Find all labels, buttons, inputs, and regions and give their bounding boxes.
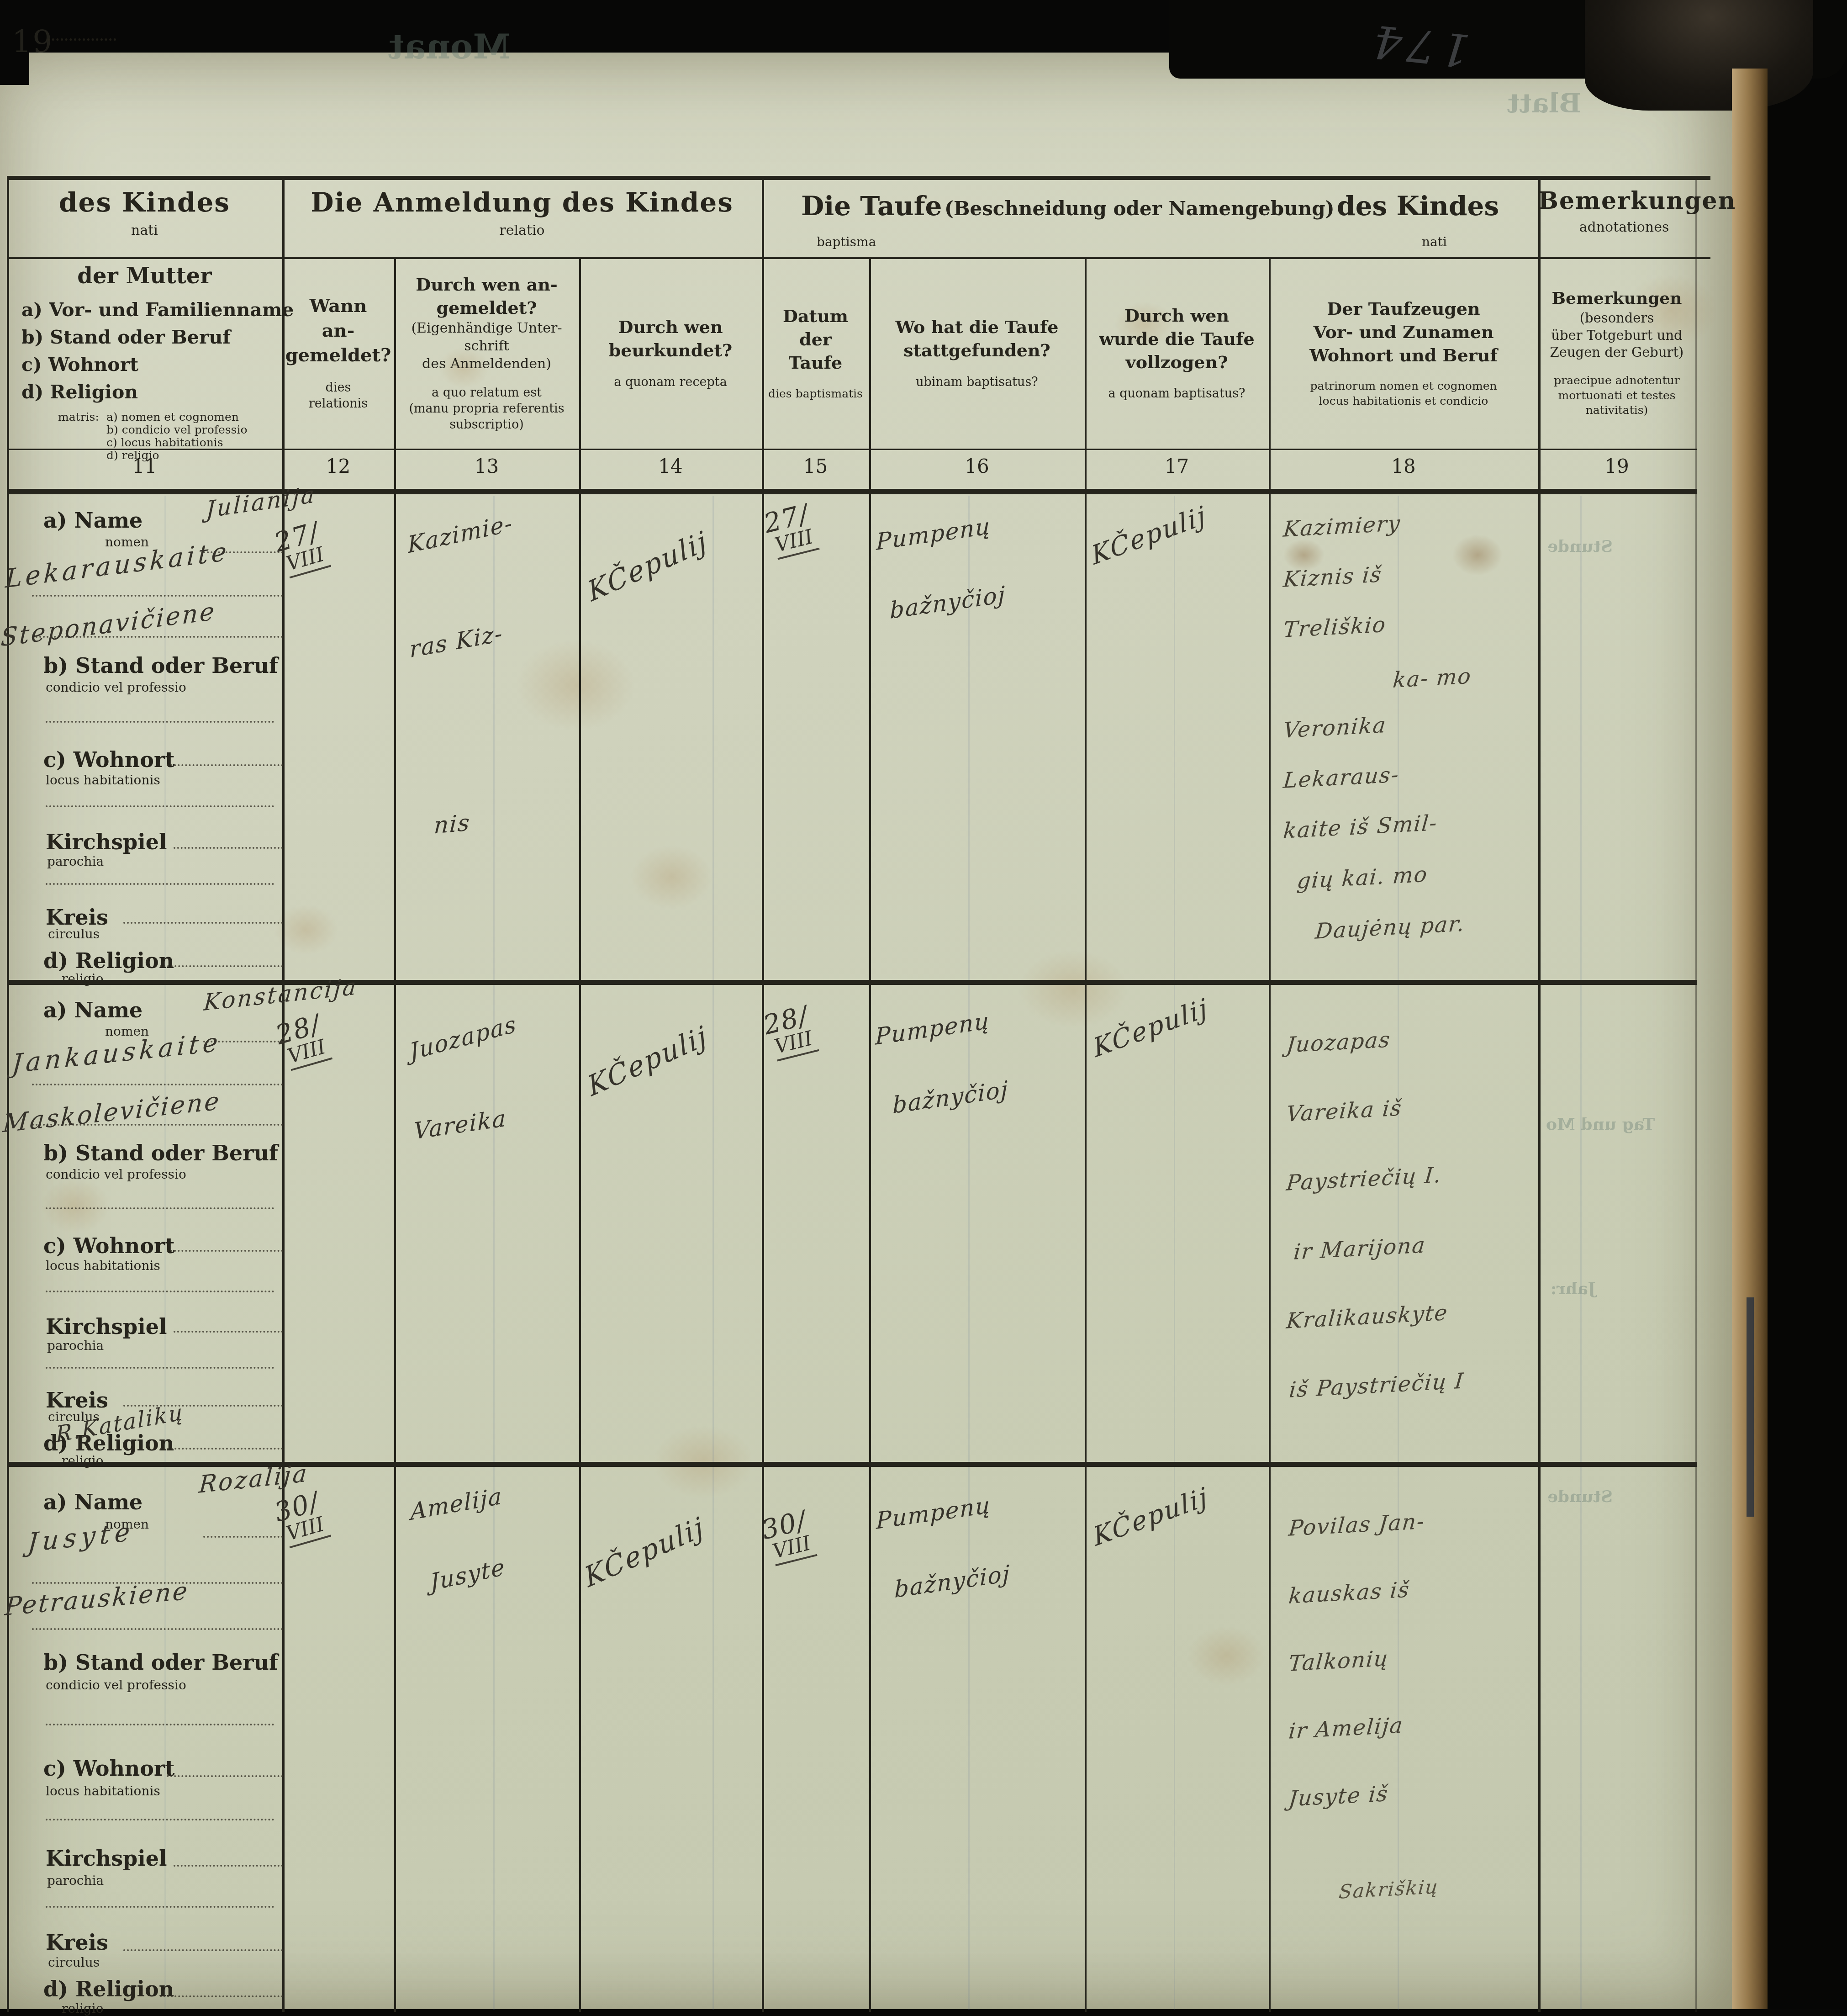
sheet-number-handwritten: 174: [1366, 14, 1472, 77]
group-header-bemerkungen: Bemerkungen adnotationes: [1538, 180, 1710, 257]
column-header-durch-wen-angemeldet: Durch wen an- gemeldet? (Eigenhändige Un…: [394, 257, 579, 449]
group-subtitle: adnotationes: [1538, 219, 1710, 235]
angemeldet-durch-handwriting: Jusyte: [429, 1553, 506, 1596]
group-title: Die Anmeldung des Kindes: [282, 187, 762, 218]
column-number-16: 16: [869, 455, 1085, 477]
baptism-register-scan: 19 174 Monat Blatt Stunde Tag und Mo Jah…: [0, 0, 1847, 2016]
book-page-edge: [1732, 69, 1768, 2016]
group-header-child: des Kindes nati: [7, 180, 282, 257]
angemeldet-durch-handwriting: Juozapas: [408, 1011, 518, 1066]
beurkundet-durch-handwriting: KČepulij: [581, 1511, 708, 1594]
angemeldet-durch-handwriting: nis: [433, 809, 471, 839]
group-title: Bemerkungen: [1538, 187, 1710, 215]
taufe-datum-handwriting: 28/ VIII: [760, 999, 819, 1063]
grid-line: [1695, 178, 1697, 2012]
book-binding-cloth: [1585, 0, 1813, 111]
column-number-15: 15: [762, 455, 869, 477]
taufe-datum-handwriting: 27/ VIII: [760, 497, 819, 561]
column-header-taufzeugen: Der Taufzeugen Vor- und Zunamen Wohnort …: [1269, 257, 1538, 449]
taufe-durch-handwriting: KČepulij: [1091, 993, 1211, 1064]
page-year-dotted-line: [47, 38, 116, 41]
column-header-durch-wen-beurkundet: Durch wen beurkundet? a quonam recepta: [579, 257, 762, 449]
column-header-datum-der-taufe: Datum der Taufe dies baptismatis: [762, 257, 869, 449]
group-subtitle-latin-left: baptisma: [817, 234, 876, 249]
column-number-12: 12: [282, 455, 394, 477]
taufe-ort-handwriting: bažnyčioj: [890, 581, 1006, 624]
column-number-17: 17: [1085, 455, 1269, 477]
taufzeugen-handwriting: Povilas Jan- kauskas iš Talkonių ir Amel…: [1286, 1495, 1435, 1926]
group-header-taufe: Die Taufe (Beschneidung oder Namengebung…: [762, 180, 1538, 257]
taufzeugen-handwriting: Kazimiery Kiznis iš Treliškio ka- mo Ver…: [1281, 505, 1469, 957]
group-subtitle: relatio: [282, 222, 762, 238]
column-number-14: 14: [579, 455, 762, 477]
group-subtitle: nati: [7, 222, 282, 238]
column-header-durch-wen-taufe: Durch wen wurde die Taufe vollzogen? a q…: [1085, 257, 1269, 449]
angemeldet-durch-handwriting: ras Kiz-: [409, 620, 504, 663]
record-row: a) Name nomen b) Stand oder Beruf condic…: [7, 1468, 1695, 2012]
taufe-ort-handwriting: bažnyčioj: [894, 1560, 1010, 1603]
column-number-13: 13: [394, 455, 579, 477]
column-header-mutter: der Mutter a) Vor- und Familienname b) S…: [7, 257, 282, 449]
angemeldet-durch-handwriting: Vareika: [414, 1105, 507, 1144]
grid-line: [7, 449, 1697, 450]
taufe-ort-handwriting: Pumpenų: [876, 1492, 991, 1534]
record-row: a) Name nomen b) Stand oder Beruf condic…: [7, 986, 1695, 1462]
column-number-19: 19: [1538, 455, 1695, 477]
group-title: Die Taufe (Beschneidung oder Namengebung…: [762, 190, 1538, 222]
column-header-wo-taufe: Wo hat die Taufe stattgefunden? ubinam b…: [869, 257, 1085, 449]
record-row: a) Name nomen b) Stand oder Beruf condic…: [7, 496, 1695, 980]
group-header-anmeldung: Die Anmeldung des Kindes relatio: [282, 180, 762, 257]
column-header-bemerkungen: Bemerkungen (besonders über Totgeburt un…: [1538, 257, 1695, 449]
taufe-datum-handwriting: 30/ VIII: [758, 1504, 817, 1567]
bleedthrough-blatt: Blatt: [1507, 88, 1581, 119]
angemeldet-durch-handwriting: Kazimie-: [407, 509, 514, 558]
angemeldet-durch-handwriting: Amelija: [410, 1482, 503, 1525]
column-header-wann-angemeldet: Wann an- gemeldet? dies relationis: [282, 257, 394, 449]
column-number-18: 18: [1269, 455, 1538, 477]
taufe-ort-handwriting: Pumpenų: [875, 1007, 990, 1050]
beurkundet-durch-handwriting: KČepulij: [584, 1020, 711, 1103]
taufe-durch-handwriting: KČepulij: [1091, 1482, 1211, 1552]
group-title: des Kindes: [7, 187, 282, 218]
book-edge-mark: [1747, 1297, 1754, 1517]
column-number-11: 11: [7, 455, 282, 477]
page-year-label: 19: [12, 24, 53, 60]
beurkundet-durch-handwriting: KČepulij: [584, 525, 711, 609]
grid-line: [7, 176, 1710, 180]
taufe-ort-handwriting: Pumpenų: [876, 513, 991, 556]
taufe-ort-handwriting: bažnyčioj: [892, 1076, 1008, 1119]
bleedthrough-monat: Monat: [388, 27, 510, 67]
group-subtitle-latin-right: nati: [1422, 234, 1447, 249]
taufzeugen-handwriting: Juozapas Vareika iš Paystriečių I. ir Ma…: [1283, 1011, 1462, 1425]
taufe-durch-handwriting: KČepulij: [1089, 500, 1209, 571]
